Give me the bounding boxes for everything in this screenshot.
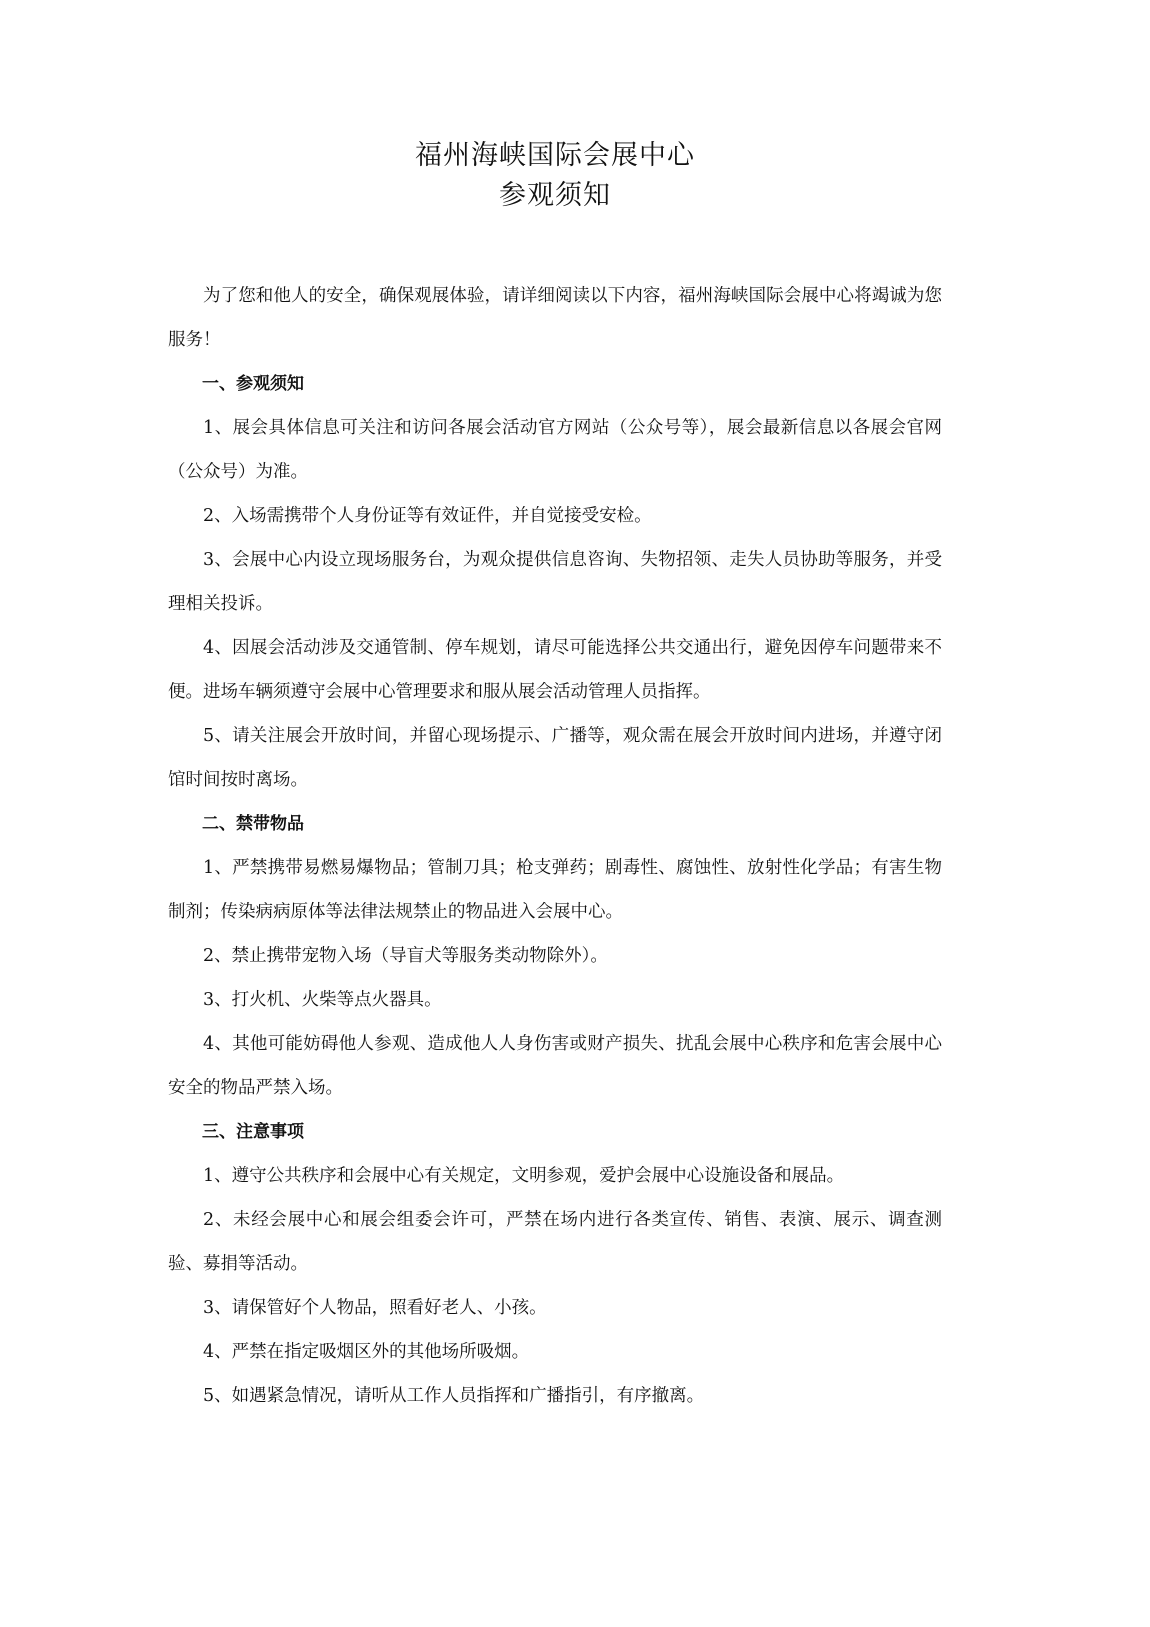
title-venue-name: 福州海峡国际会展中心 bbox=[168, 136, 942, 176]
list-item: 4、其他可能妨碍他人参观、造成他人人身伤害或财产损失、扰乱会展中心秩序和危害会展… bbox=[168, 1022, 942, 1110]
section-heading-prohibited-items: 二、禁带物品 bbox=[168, 802, 942, 846]
section-heading-visit-notice: 一、参观须知 bbox=[168, 362, 942, 406]
document-body: 为了您和他人的安全，确保观展体验，请详细阅读以下内容，福州海峡国际会展中心将竭诚… bbox=[168, 274, 942, 1418]
section-heading-precautions: 三、注意事项 bbox=[168, 1110, 942, 1154]
document-title: 福州海峡国际会展中心 参观须知 bbox=[168, 136, 942, 216]
list-item: 2、禁止携带宠物入场（导盲犬等服务类动物除外）。 bbox=[168, 934, 942, 978]
list-item: 2、未经会展中心和展会组委会许可，严禁在场内进行各类宣传、销售、表演、展示、调查… bbox=[168, 1198, 942, 1286]
list-item: 1、遵守公共秩序和会展中心有关规定，文明参观，爱护会展中心设施设备和展品。 bbox=[168, 1154, 942, 1198]
list-item: 1、展会具体信息可关注和访问各展会活动官方网站（公众号等），展会最新信息以各展会… bbox=[168, 406, 942, 494]
intro-paragraph: 为了您和他人的安全，确保观展体验，请详细阅读以下内容，福州海峡国际会展中心将竭诚… bbox=[168, 274, 942, 362]
list-item: 4、严禁在指定吸烟区外的其他场所吸烟。 bbox=[168, 1330, 942, 1374]
title-notice: 参观须知 bbox=[168, 176, 942, 216]
list-item: 3、打火机、火柴等点火器具。 bbox=[168, 978, 942, 1022]
list-item: 3、请保管好个人物品，照看好老人、小孩。 bbox=[168, 1286, 942, 1330]
list-item: 5、如遇紧急情况，请听从工作人员指挥和广播指引，有序撤离。 bbox=[168, 1374, 942, 1418]
list-item: 5、请关注展会开放时间，并留心现场提示、广播等，观众需在展会开放时间内进场，并遵… bbox=[168, 714, 942, 802]
list-item: 2、入场需携带个人身份证等有效证件，并自觉接受安检。 bbox=[168, 494, 942, 538]
list-item: 3、会展中心内设立现场服务台，为观众提供信息咨询、失物招领、走失人员协助等服务，… bbox=[168, 538, 942, 626]
list-item: 4、因展会活动涉及交通管制、停车规划，请尽可能选择公共交通出行，避免因停车问题带… bbox=[168, 626, 942, 714]
list-item: 1、严禁携带易燃易爆物品；管制刀具；枪支弹药；剧毒性、腐蚀性、放射性化学品；有害… bbox=[168, 846, 942, 934]
